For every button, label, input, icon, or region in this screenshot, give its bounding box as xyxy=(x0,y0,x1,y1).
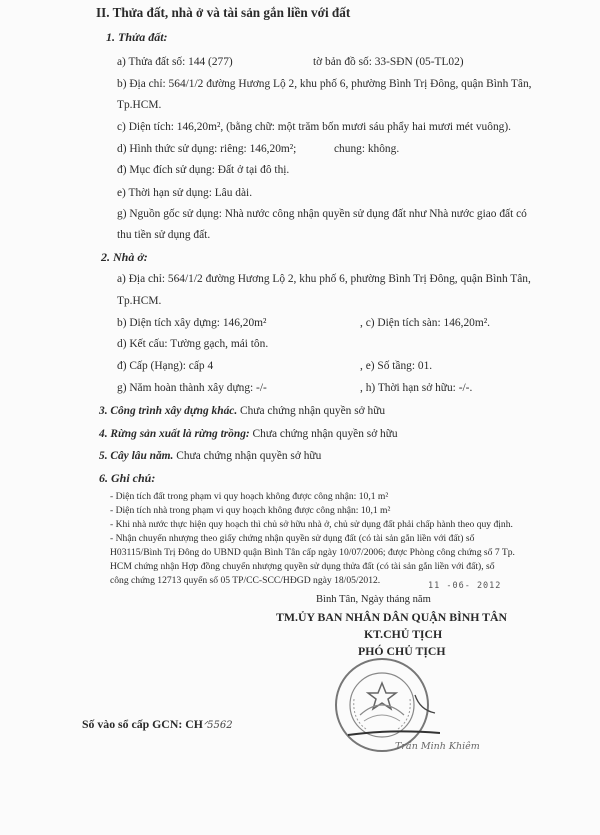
house-address-line1: a) Địa chỉ: 564/1/2 đường Hương Lộ 2, kh… xyxy=(117,272,531,286)
house-floors: , e) Số tầng: 01. xyxy=(360,359,432,373)
house-floor-area: , c) Diện tích sàn: 146,20m². xyxy=(360,316,490,330)
note-line: - Diện tích đất trong phạm vi quy hoạch … xyxy=(110,491,388,503)
signature-line1: TM.ỦY BAN NHÂN DÂN QUẬN BÌNH TÂN xyxy=(276,610,507,624)
house-heading: 2. Nhà ở: xyxy=(101,250,148,264)
note-line: - Khi nhà nước thực hiện quy hoạch thì c… xyxy=(110,519,513,531)
land-address-line1: b) Địa chỉ: 564/1/2 đường Hương Lộ 2, kh… xyxy=(117,77,531,91)
note-line: - Diện tích nhà trong phạm vi quy hoạch … xyxy=(110,505,390,517)
other-forest-label: 4. Rừng sản xuất là rừng trồng: xyxy=(99,428,250,440)
house-completion-year: g) Năm hoàn thành xây dựng: -/- xyxy=(117,381,267,395)
other-forest-value: Chưa chứng nhận quyền sở hữu xyxy=(250,428,398,440)
land-parcel-no: a) Thửa đất số: 144 (277) xyxy=(117,55,233,69)
land-map-sheet: tờ bản đồ số: 33-SĐN (05-TL02) xyxy=(313,55,464,69)
other-perennial: 5. Cây lâu năm. Chưa chứng nhận quyền sở… xyxy=(99,449,321,463)
land-usage-shared: chung: không. xyxy=(334,142,399,156)
house-ownership-term: , h) Thời hạn sở hữu: -/-. xyxy=(360,381,472,395)
other-construction-label: 3. Công trình xây dựng khác. xyxy=(99,405,237,417)
signature-line2: KT.CHỦ TỊCH xyxy=(364,627,442,641)
note-line: H03115/Bình Trị Đông do UBND quận Bình T… xyxy=(110,547,515,559)
land-term: e) Thời hạn sử dụng: Lâu dài. xyxy=(117,186,252,200)
house-grade: đ) Cấp (Hạng): cấp 4 xyxy=(117,359,213,373)
other-perennial-label: 5. Cây lâu năm. xyxy=(99,450,173,462)
note-line: công chứng 12713 quyển số 05 TP/CC-SCC/H… xyxy=(110,575,380,587)
house-address-line2: Tp.HCM. xyxy=(117,294,161,308)
certificate-page: II. Thửa đất, nhà ở và tài sản gắn liền … xyxy=(0,0,600,835)
land-area: c) Diện tích: 146,20m², (bằng chữ: một t… xyxy=(117,120,511,134)
land-heading: 1. Thửa đất: xyxy=(106,30,168,44)
other-perennial-value: Chưa chứng nhận quyền sở hữu xyxy=(173,450,321,462)
other-construction: 3. Công trình xây dựng khác. Chưa chứng … xyxy=(99,404,385,418)
other-forest: 4. Rừng sản xuất là rừng trồng: Chưa chứ… xyxy=(99,427,398,441)
notes-heading: 6. Ghi chú: xyxy=(99,471,155,485)
registry-handwritten: ᐟ5562 xyxy=(203,720,233,731)
house-structure: d) Kết cấu: Tường gạch, mái tôn. xyxy=(117,337,268,351)
signer-name: Trần Minh Khiêm xyxy=(395,740,480,754)
house-construction-area: b) Diện tích xây dựng: 146,20m² xyxy=(117,316,266,330)
land-origin-line2: thu tiền sử dụng đất. xyxy=(117,228,210,242)
note-line: - Nhận chuyển nhượng theo giấy chứng nhậ… xyxy=(110,533,474,545)
registry-label: Số vào sổ cấp GCN: CH xyxy=(82,717,203,731)
land-address-line2: Tp.HCM. xyxy=(117,98,161,112)
registry-number: Số vào sổ cấp GCN: CHᐟ5562 xyxy=(82,717,233,733)
land-origin-line1: g) Nguồn gốc sử dụng: Nhà nước công nhận… xyxy=(117,207,527,221)
land-purpose: đ) Mục đích sử dụng: Đất ở tại đô thị. xyxy=(117,163,289,177)
other-construction-value: Chưa chứng nhận quyền sở hữu xyxy=(237,405,385,417)
signature-place-date: Bình Tân, Ngày tháng năm xyxy=(316,593,431,607)
date-stamp: 11 -06- 2012 xyxy=(428,579,501,593)
land-usage-private: d) Hình thức sử dụng: riêng: 146,20m²; xyxy=(117,142,296,156)
note-line: HCM chứng nhận Hợp đồng chuyển nhượng qu… xyxy=(110,561,495,573)
section-title: II. Thửa đất, nhà ở và tài sản gắn liền … xyxy=(96,6,350,20)
